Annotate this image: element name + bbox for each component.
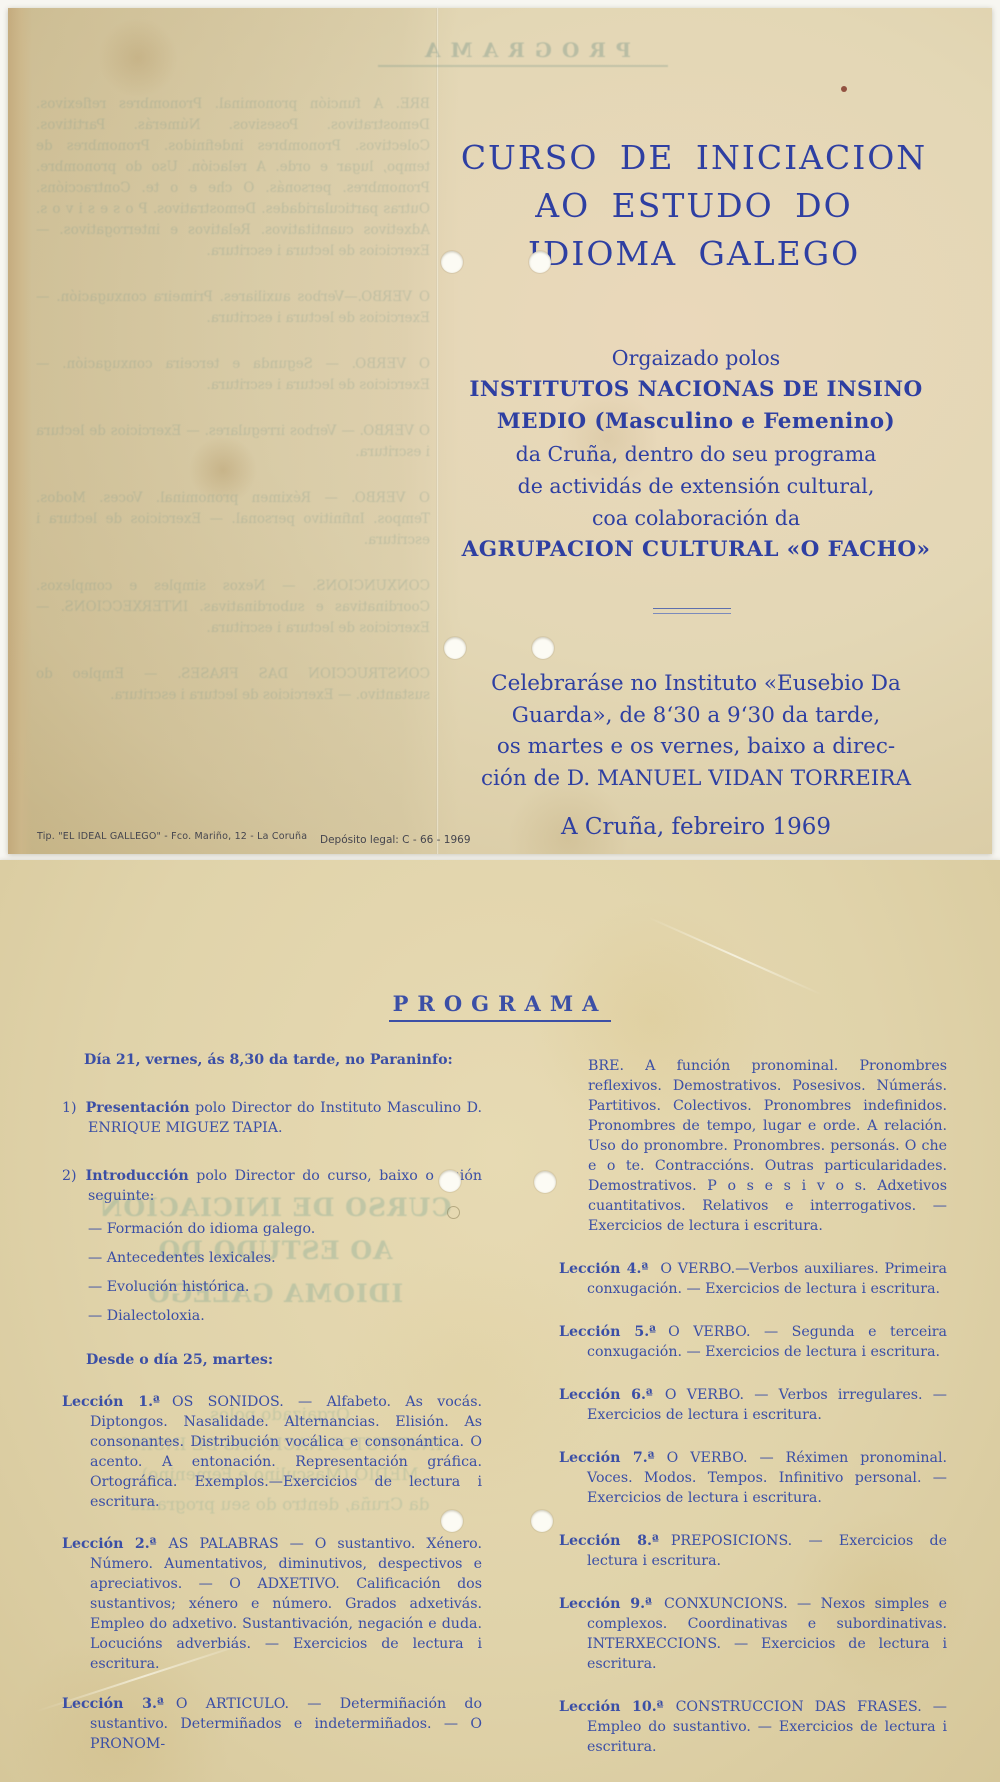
organizer-line: da Cruña, dentro do seu programa — [444, 438, 948, 470]
lesson-paragraph: Lección 10.ªCONSTRUCCION DAS FRASES. — E… — [559, 1697, 947, 1757]
fold-crease — [648, 916, 822, 995]
lesson-text: AS PALABRAS — O sustantivo. Xénero. Núme… — [90, 1536, 482, 1672]
bleed-paragraph: CONSTRUCCION DAS FRASES. — Empleo do sus… — [36, 664, 430, 706]
program-page: CURSO DE INICIACION AO ESTUDO DO IDIOMA … — [0, 860, 1000, 1782]
schedule-heading: Desde o día 25, martes: — [62, 1350, 482, 1370]
punch-hole-mark — [447, 1206, 460, 1219]
venue-line: ción de D. MANUEL VIDAN TORREIRA — [442, 763, 950, 795]
page-title: PROGRAMA — [389, 991, 612, 1022]
organizer-block: Orgaizado polos INSTITUTOS NACIONAS DE I… — [444, 342, 948, 566]
lesson-label: Lección 10.ª — [559, 1699, 664, 1715]
lesson-paragraph: Lección 1.ªOS SONIDOS. — Alfabeto. As vo… — [62, 1392, 482, 1512]
lesson-paragraph: Lección 6.ªO VERBO. — Verbos irregulares… — [559, 1385, 947, 1425]
bleed-through-heading: PROGRAMA — [378, 38, 668, 67]
punch-hole — [532, 637, 554, 659]
organizer-line: AGRUPACION CULTURAL «O FACHO» — [444, 534, 948, 566]
lesson-paragraph: Lección 2.ªAS PALABRAS — O sustantivo. X… — [62, 1534, 482, 1674]
continuation-paragraph: BRE. A función pronominal. Pronombres re… — [559, 1056, 947, 1236]
lesson-text: OS SONIDOS. — Alfabeto. As vocás. Dipton… — [90, 1394, 482, 1510]
bleed-through-text: BRE. A función pronominal. Pronombres re… — [36, 94, 430, 724]
punch-hole — [439, 1170, 461, 1192]
agenda-item: 1)Presentación polo Director do Institut… — [62, 1098, 482, 1138]
item-lead: Introducción — [86, 1168, 189, 1184]
bleed-paragraph: O VERBO. — Segunda e terceira conxugació… — [36, 354, 430, 396]
page-edge-wear — [8, 8, 32, 854]
lesson-paragraph: Lección 8.ªPREPOSICIONS. — Exercicios de… — [559, 1531, 947, 1571]
program-heading-row: PROGRAMA — [0, 991, 1000, 1022]
venue-line: Guarda», de 8‘30 a 9‘30 da tarde, — [442, 700, 950, 732]
guide-item: — Evolución histórica. — [62, 1277, 482, 1297]
venue-line: os martes e os vernes, baixo a direc- — [442, 731, 950, 763]
document-title: CURSO DE INICIACION AO ESTUDO DO IDIOMA … — [440, 134, 948, 278]
lesson-label: Lección 3.ª — [62, 1696, 164, 1712]
printer-imprint: Tip. "EL IDEAL GALLEGO" - Fco. Mariño, 1… — [37, 831, 307, 842]
organizer-line: MEDIO (Masculino e Femenino) — [444, 406, 948, 438]
title-line: AO ESTUDO DO — [440, 182, 948, 230]
right-column: BRE. A función pronominal. Pronombres re… — [559, 1056, 947, 1757]
bleed-paragraph: CONXUNCIONS. — Nexos simples e complexos… — [36, 576, 430, 639]
guide-item: — Formación do idioma galego. — [62, 1219, 482, 1239]
item-number: 2) — [62, 1168, 77, 1184]
left-column: Día 21, vernes, ás 8,30 da tarde, no Par… — [62, 1050, 482, 1754]
lesson-label: Lección 9.ª — [559, 1596, 652, 1612]
lesson-paragraph: Lección 9.ªCONXUNCIONS. — Nexos simples … — [559, 1594, 947, 1674]
lesson-paragraph: Lección 3.ªO ARTICULO. — Determiñación d… — [62, 1694, 482, 1754]
lesson-paragraph: Lección 7.ªO VERBO. — Réximen pronominal… — [559, 1448, 947, 1508]
session-heading: Día 21, vernes, ás 8,30 da tarde, no Par… — [62, 1050, 482, 1070]
lesson-label: Lección 2.ª — [62, 1536, 157, 1552]
punch-hole — [534, 1171, 556, 1193]
punch-hole — [444, 637, 466, 659]
dateline: A Cruña, febreiro 1969 — [444, 814, 948, 840]
venue-block: Celebraráse no Instituto «Eusebio Da Gua… — [442, 668, 950, 794]
cover-page: PROGRAMA BRE. A función pronominal. Pron… — [8, 8, 992, 854]
lesson-label: Lección 4.ª — [559, 1261, 648, 1277]
organizer-line: de actividás de extensión cultural, — [444, 470, 948, 502]
bleed-paragraph: O VERBO.—Verbos auxiliares. Primeira con… — [36, 287, 430, 329]
item-number: 1) — [62, 1100, 77, 1116]
punch-hole — [441, 251, 463, 273]
punch-hole — [529, 251, 551, 273]
legal-deposit: Depósito legal: C - 66 - 1969 — [320, 834, 471, 846]
venue-line: Celebraráse no Instituto «Eusebio Da — [442, 668, 950, 700]
lesson-paragraph: Lección 4.ªO VERBO.—Verbos auxiliares. P… — [559, 1259, 947, 1299]
bleed-paragraph: O VERBO. — Verbos irregulares. — Exercic… — [36, 421, 430, 463]
lesson-label: Lección 5.ª — [559, 1324, 656, 1340]
organizer-line: INSTITUTOS NACIONAS DE INSINO — [444, 374, 948, 406]
section-divider — [653, 608, 731, 614]
fold-crease — [436, 8, 439, 854]
lesson-label: Lección 8.ª — [559, 1533, 659, 1549]
agenda-item: 2)Introducción polo Director do curso, b… — [62, 1166, 482, 1206]
title-line: CURSO DE INICIACION — [440, 134, 948, 182]
organizer-line: Orgaizado polos — [444, 342, 948, 374]
punch-hole — [441, 1510, 463, 1532]
organizer-line: coa colaboración da — [444, 502, 948, 534]
title-line: IDIOMA GALEGO — [440, 230, 948, 278]
lesson-label: Lección 1.ª — [62, 1394, 160, 1410]
bleed-paragraph: O VERBO. — Réximen pronominal. Voces. Mo… — [36, 488, 430, 551]
guide-item: — Dialectoloxia. — [62, 1306, 482, 1326]
bleed-paragraph: BRE. A función pronominal. Pronombres re… — [36, 94, 430, 262]
guide-item: — Antecedentes lexicales. — [62, 1248, 482, 1268]
lesson-label: Lección 6.ª — [559, 1387, 653, 1403]
lesson-paragraph: Lección 5.ªO VERBO. — Segunda e terceira… — [559, 1322, 947, 1362]
ink-spot — [841, 86, 847, 92]
lesson-label: Lección 7.ª — [559, 1450, 655, 1466]
punch-hole — [531, 1510, 553, 1532]
item-lead: Presentación — [86, 1100, 190, 1116]
